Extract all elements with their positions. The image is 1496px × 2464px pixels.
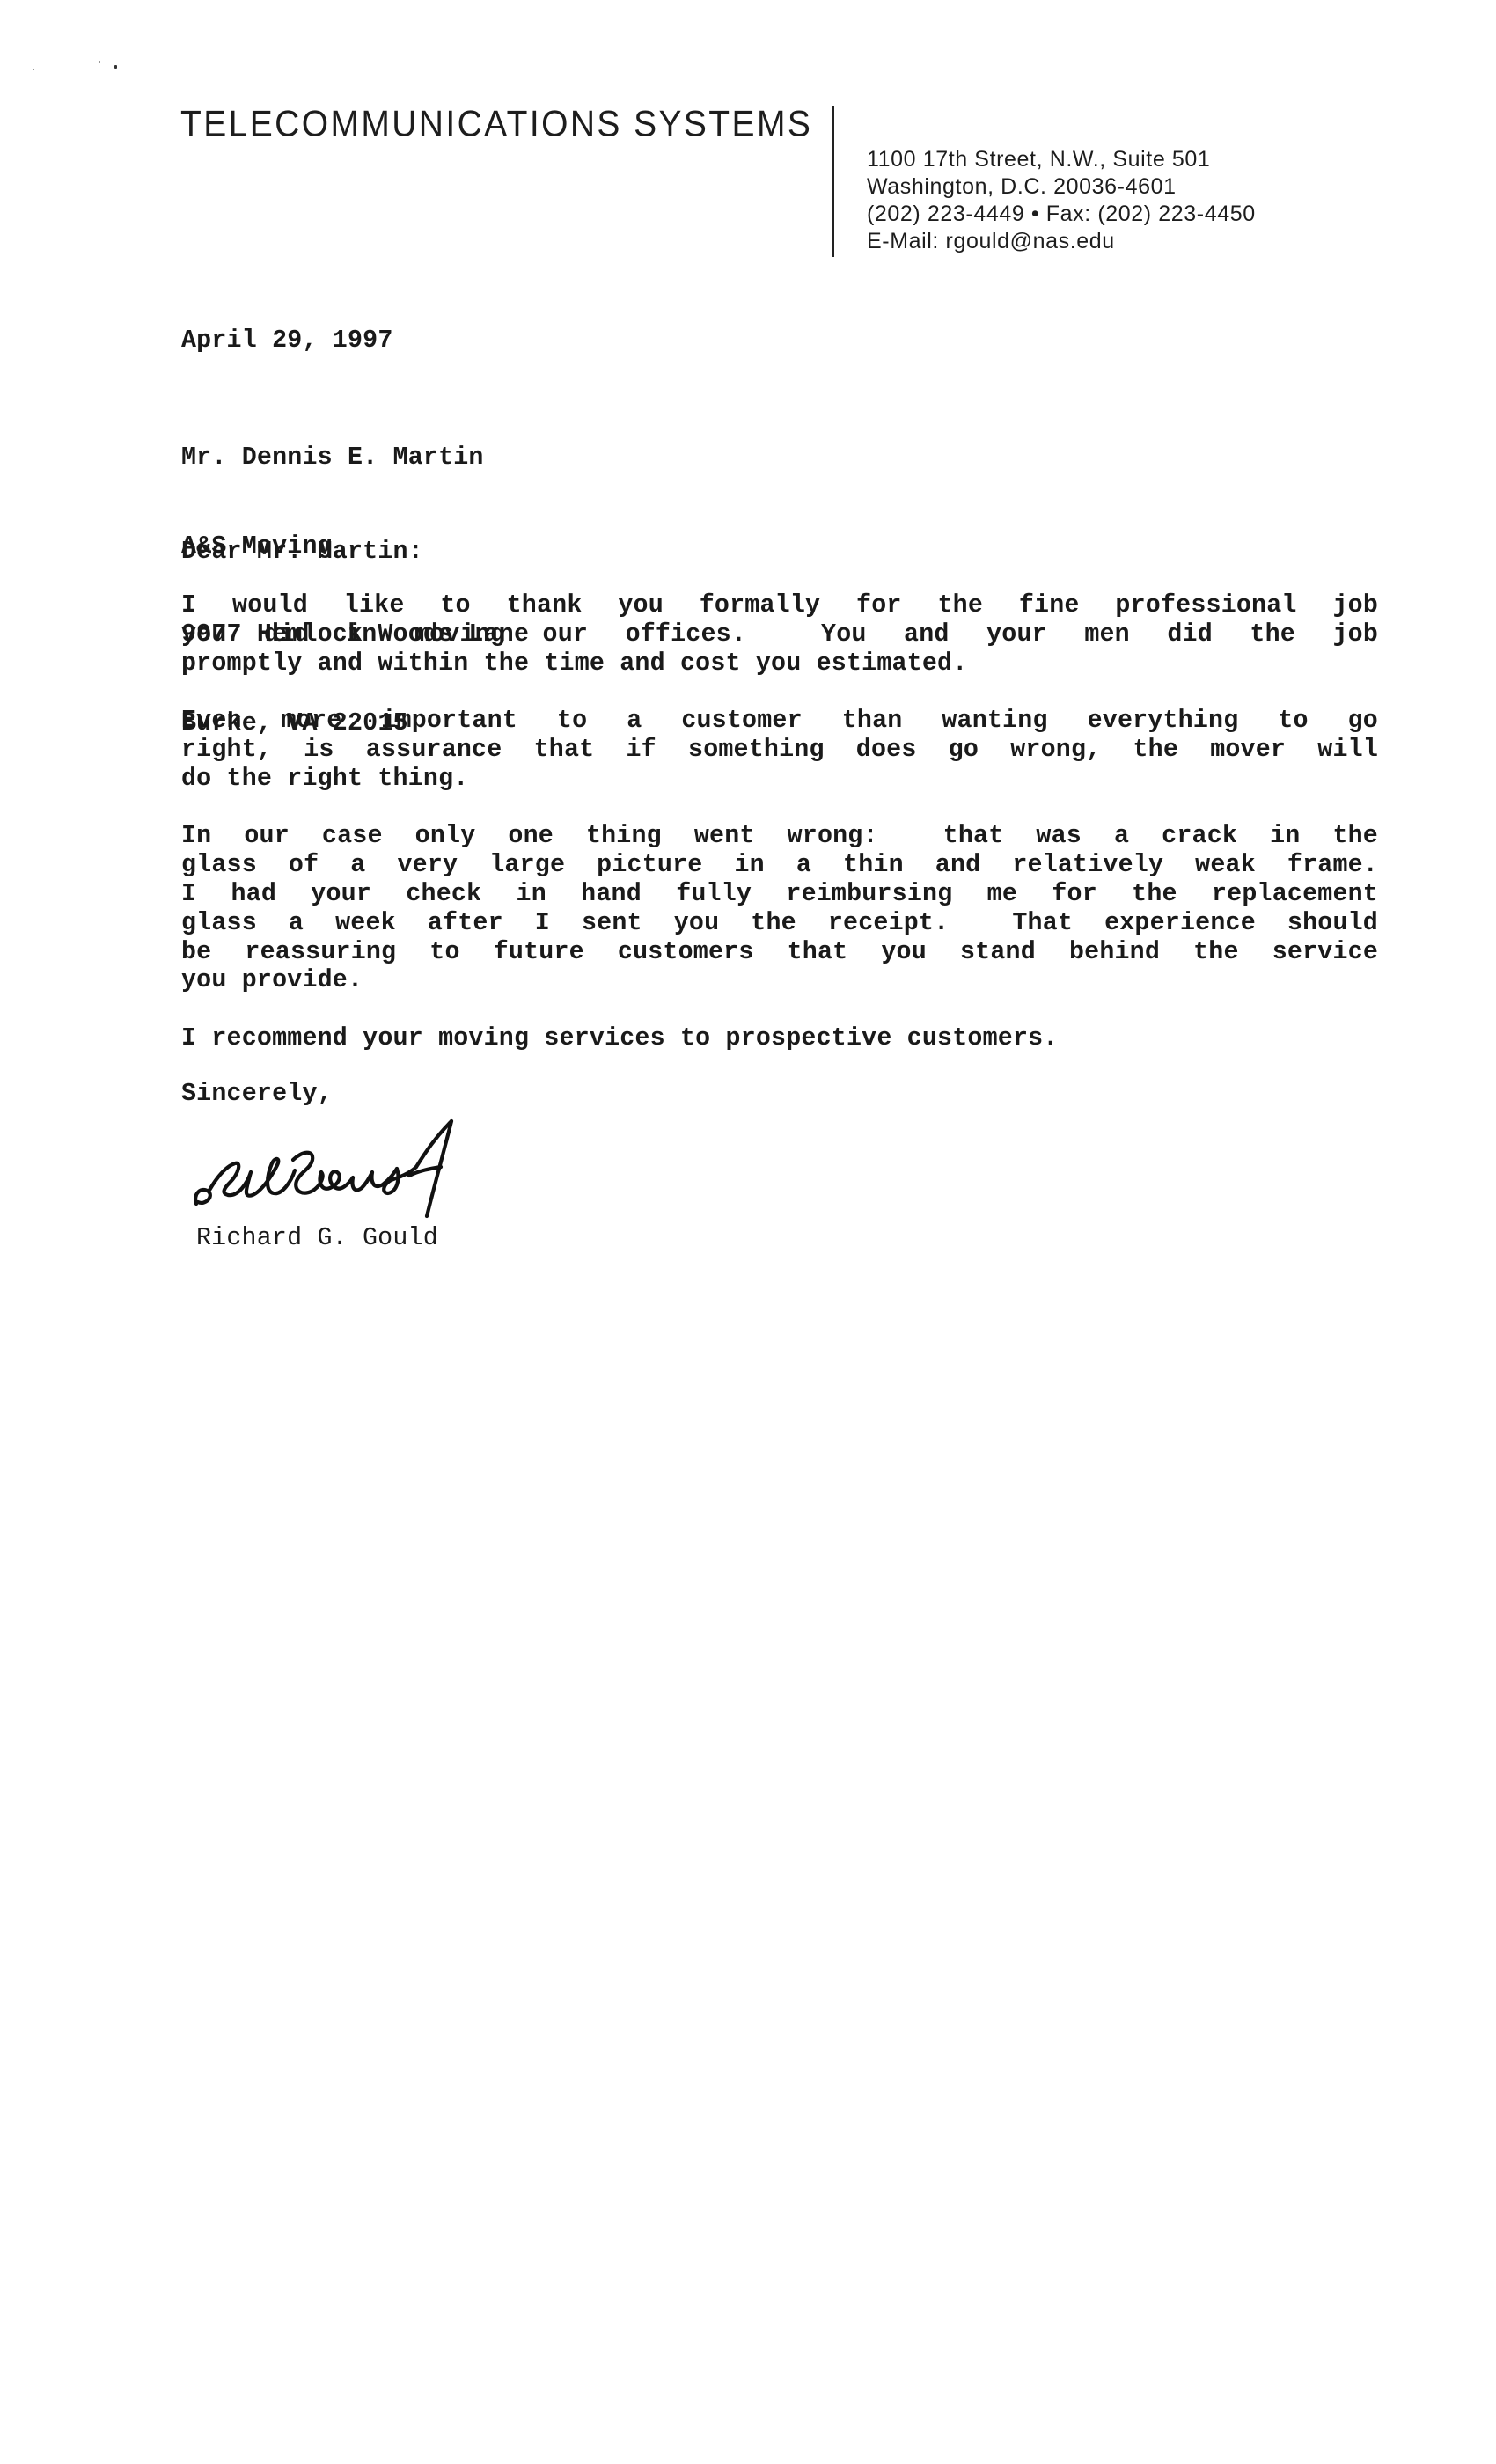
letterhead-street: 1100 17th Street, N.W., Suite 501: [867, 146, 1256, 173]
body-line: you did in moving our offices. You and y…: [181, 620, 1378, 649]
body-line: Even more important to a customer than w…: [181, 707, 1378, 736]
scan-speck: [99, 61, 100, 63]
letter-date: April 29, 1997: [181, 326, 393, 356]
signer-name: Richard G. Gould: [196, 1223, 438, 1253]
salutation: Dear Mr. Martin:: [181, 537, 423, 567]
closing: Sincerely,: [181, 1079, 333, 1109]
letterhead-organization: TELECOMMUNICATIONS SYSTEMS: [180, 104, 812, 146]
body-line: I had your check in hand fully reimbursi…: [181, 880, 1378, 909]
body-line: right, is assurance that if something do…: [181, 736, 1378, 765]
body-line: do the right thing.: [181, 765, 1378, 794]
body-paragraph: I would like to thank you formally for t…: [181, 591, 1378, 678]
body-line: you provide.: [181, 966, 1378, 995]
body-line: I would like to thank you formally for t…: [181, 591, 1378, 620]
body-paragraph: I recommend your moving services to pros…: [181, 1024, 1378, 1053]
body-line: promptly and within the time and cost yo…: [181, 649, 1378, 678]
scan-speck: [33, 69, 34, 70]
letterhead-address: 1100 17th Street, N.W., Suite 501 Washin…: [867, 146, 1256, 255]
letterhead-divider: [832, 106, 834, 257]
body-line: In our case only one thing went wrong: t…: [181, 822, 1378, 851]
body-paragraph: In our case only one thing went wrong: t…: [181, 822, 1378, 995]
body-line: glass a week after I sent you the receip…: [181, 909, 1378, 938]
body-paragraph: Even more important to a customer than w…: [181, 707, 1378, 793]
scan-speck: [114, 65, 117, 69]
letterhead-city: Washington, D.C. 20036-4601: [867, 173, 1256, 201]
letterhead-phone-fax: (202) 223-4449 • Fax: (202) 223-4450: [867, 201, 1256, 228]
signature-icon: [189, 1118, 506, 1223]
body-line: I recommend your moving services to pros…: [181, 1024, 1378, 1053]
letter-body: I would like to thank you formally for t…: [181, 591, 1378, 1082]
scan-artifacts: [0, 0, 176, 88]
letterhead-email: E-Mail: rgould@nas.edu: [867, 228, 1256, 255]
body-line: glass of a very large picture in a thin …: [181, 851, 1378, 880]
recipient-name: Mr. Dennis E. Martin: [181, 444, 529, 473]
body-line: be reassuring to future customers that y…: [181, 938, 1378, 967]
